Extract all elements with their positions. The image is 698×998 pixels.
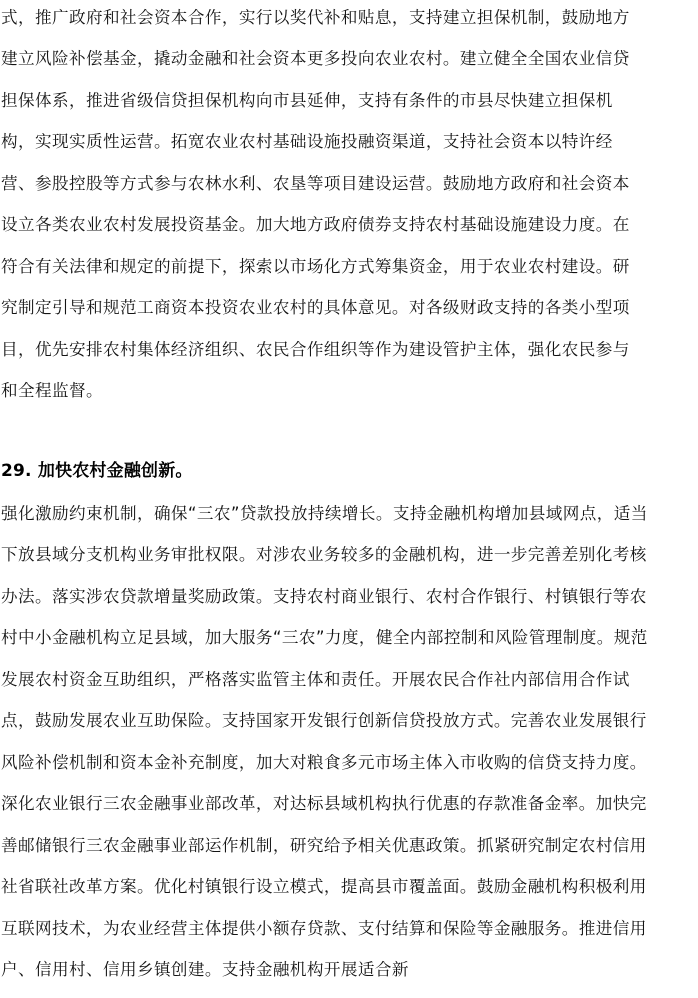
text-line: 和全程监督。 <box>1 380 698 402</box>
text-line: 下放县域分支机构业务审批权限。对涉农业务较多的金融机构，进一步完善差别化考核 <box>1 544 698 566</box>
text-line: 风险补偿机制和资本金补充制度，加大对粮食多元市场主体入市收购的信贷支持力度。 <box>1 752 698 774</box>
text-line: 设立各类农业农村发展投资基金。加大地方政府债券支持农村基础设施建设力度。在 <box>1 214 698 236</box>
text-line: 符合有关法律和规定的前提下，探索以市场化方式筹集资金，用于农业农村建设。研 <box>1 256 698 278</box>
text-line: 互联网技术，为农业经营主体提供小额存贷款、支付结算和保险等金融服务。推进信用 <box>1 918 698 940</box>
document-page: 式，推广政府和社会资本合作，实行以奖代补和贴息，支持建立担保机制，鼓励地方 建立… <box>0 0 698 998</box>
text-line: 善邮储银行三农金融事业部运作机制，研究给予相关优惠政策。抓紧研究制定农村信用 <box>1 835 698 857</box>
text-line: 究制定引导和规范工商资本投资农业农村的具体意见。对各级财政支持的各类小型项 <box>1 297 698 319</box>
text-line: 村中小金融机构立足县域，加大服务“三农”力度，健全内部控制和风险管理制度。规范 <box>1 627 698 649</box>
text-line: 式，推广政府和社会资本合作，实行以奖代补和贴息，支持建立担保机制，鼓励地方 <box>1 7 698 29</box>
text-line: 目，优先安排农村集体经济组织、农民合作组织等作为建设管护主体，强化农民参与 <box>1 339 698 361</box>
section-heading: 29. 加快农村金融创新。 <box>1 460 193 482</box>
text-line: 建立风险补偿基金，撬动金融和社会资本更多投向农业农村。建立健全全国农业信贷 <box>1 48 698 70</box>
text-line: 办法。落实涉农贷款增量奖励政策。支持农村商业银行、农村合作银行、村镇银行等农 <box>1 586 698 608</box>
text-line: 发展农村资金互助组织，严格落实监管主体和责任。开展农民合作社内部信用合作试 <box>1 669 698 691</box>
text-line: 深化农业银行三农金融事业部改革，对达标县域机构执行优惠的存款准备金率。加快完 <box>1 793 698 815</box>
text-line: 构，实现实质性运营。拓宽农业农村基础设施投融资渠道，支持社会资本以特许经 <box>1 131 698 153</box>
text-line: 户、信用村、信用乡镇创建。支持金融机构开展适合新 <box>1 959 698 981</box>
text-line: 担保体系，推进省级信贷担保机构向市县延伸，支持有条件的市县尽快建立担保机 <box>1 90 698 112</box>
text-line: 强化激励约束机制，确保“三农”贷款投放持续增长。支持金融机构增加县域网点，适当 <box>1 503 698 525</box>
text-line: 营、参股控股等方式参与农林水利、农垦等项目建设运营。鼓励地方政府和社会资本 <box>1 173 698 195</box>
text-line: 社省联社改革方案。优化村镇银行设立模式，提高县市覆盖面。鼓励金融机构积极利用 <box>1 876 698 898</box>
text-line: 点，鼓励发展农业互助保险。支持国家开发银行创新信贷投放方式。完善农业发展银行 <box>1 710 698 732</box>
